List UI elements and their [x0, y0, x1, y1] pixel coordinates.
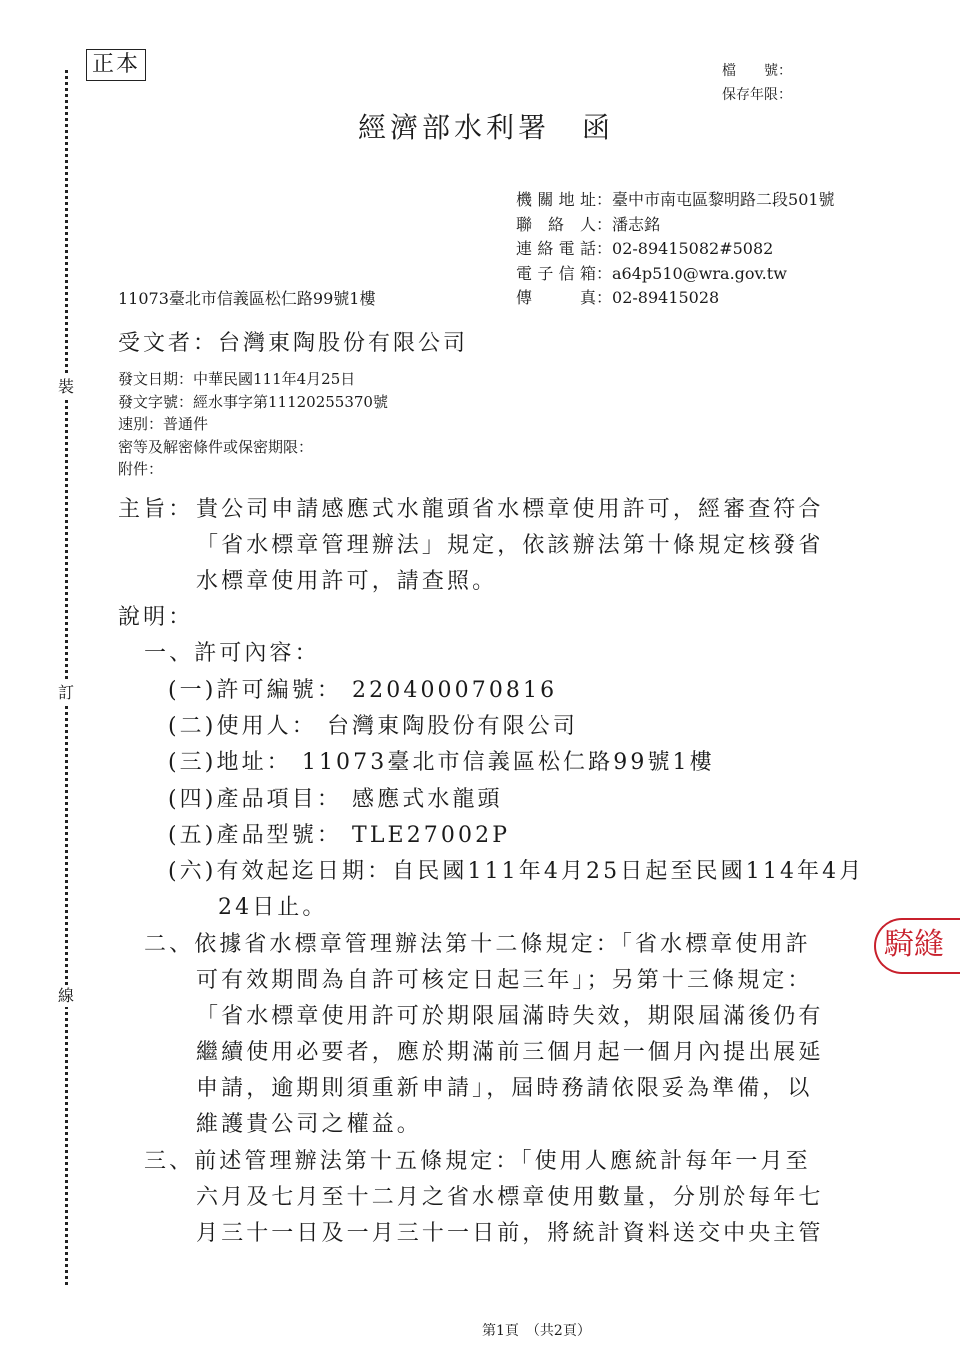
document-info: 發文日期：中華民國111年4月25日 發文字號：經水事字第11120255370… [118, 368, 388, 481]
page-number: 第1頁 （共2頁） [482, 1320, 591, 1340]
permit-number: (一)許可編號： 220400070816 [168, 673, 557, 709]
contact-row-email: 電子信箱：a64p510@wra.gov.tw [516, 262, 835, 287]
contact-label: 電子信箱 [516, 262, 596, 287]
binding-char-xian: 線 [58, 985, 74, 1007]
section3-line-3: 月三十一日及一月三十一日前，將統計資料送交中央主管 [196, 1216, 824, 1252]
validity-period-end: 24日止。 [218, 890, 328, 926]
document-title: 經濟部水利署 函 [358, 106, 614, 146]
issue-date: 發文日期：中華民國111年4月25日 [118, 368, 388, 391]
subject-line-3: 水標章使用許可，請查照。 [196, 564, 497, 600]
subject-line-1: 貴公司申請感應式水龍頭省水標章使用許可，經審查符合 [196, 492, 824, 528]
section2-line-5: 申請，逾期則須重新申請」，屆時務請依限妥為準備，以 [196, 1071, 813, 1107]
contact-label: 連絡電話 [516, 237, 596, 262]
permit-user: (二)使用人： 台灣東陶股份有限公司 [168, 709, 578, 745]
binding-char-ding: 訂 [58, 682, 74, 704]
file-number-label: 檔 號： [722, 60, 792, 83]
sender-contact-block: 機關地址：臺中市南屯區黎明路二段501號 聯絡人：潘志銘 連絡電話：02-894… [516, 188, 835, 311]
attachments: 附件： [118, 458, 388, 481]
validity-period: (六)有效起迄日期：自民國111年4月25日起至民國114年4月 [168, 854, 864, 890]
recipient: 受文者：台灣東陶股份有限公司 [118, 326, 468, 357]
contact-value: a64p510@wra.gov.tw [612, 262, 787, 287]
recipient-address: 11073臺北市信義區松仁路99號1樓 [118, 286, 375, 309]
subject-line-2: 「省水標章管理辦法」規定，依該辦法第十條規定核發省 [196, 528, 824, 564]
retention-period-label: 保存年限： [722, 84, 792, 107]
subject-label: 主旨： [118, 492, 193, 528]
copy-label-original: 正本 [86, 49, 146, 81]
contact-row-person: 聯絡人：潘志銘 [516, 213, 835, 238]
section2-line-3: 「省水標章使用許可於期限屆滿時失效，期限屆滿後仍有 [196, 999, 824, 1035]
product-item: (四)產品項目： 感應式水龍頭 [168, 782, 503, 818]
binding-margin-line [65, 70, 68, 1285]
product-model: (五)產品型號： TLE27002P [168, 818, 510, 854]
contact-value: 潘志銘 [612, 213, 660, 238]
contact-value: 02-89415082#5082 [612, 237, 773, 262]
binding-char-zhuang: 裝 [58, 376, 74, 398]
section2-line-6: 維護貴公司之權益。 [196, 1107, 422, 1143]
explanation-label: 說明： [118, 600, 193, 636]
seam-seal-stamp: 騎縫 [874, 918, 960, 974]
section1-heading: 一、許可內容： [144, 636, 320, 672]
section2-line-2: 可有效期間為自許可核定日起三年」；另第十三條規定： [196, 963, 813, 999]
contact-row-address: 機關地址：臺中市南屯區黎明路二段501號 [516, 188, 835, 213]
confidentiality: 密等及解密條件或保密期限： [118, 436, 388, 459]
document-number: 發文字號：經水事字第11120255370號 [118, 391, 388, 414]
section2-line-1: 二、依據省水標章管理辦法第十二條規定：「省水標章使用許 [144, 927, 811, 963]
contact-row-phone: 連絡電話：02-89415082#5082 [516, 237, 835, 262]
section2-line-4: 繼續使用必要者，應於期滿前三個月起一個月內提出展延 [196, 1035, 824, 1071]
section3-line-1: 三、前述管理辦法第十五條規定：「使用人應統計每年一月至 [144, 1144, 811, 1180]
urgency: 速別：普通件 [118, 413, 388, 436]
contact-label: 聯絡人 [516, 213, 596, 238]
permit-address: (三)地址： 11073臺北市信義區松仁路99號1樓 [168, 745, 715, 781]
contact-value: 02-89415028 [612, 286, 719, 311]
contact-value: 臺中市南屯區黎明路二段501號 [612, 188, 835, 213]
contact-label: 機關地址 [516, 188, 596, 213]
contact-row-fax: 傳真：02-89415028 [516, 286, 835, 311]
contact-label: 傳真 [516, 286, 596, 311]
section3-line-2: 六月及七月至十二月之省水標章使用數量，分別於每年七 [196, 1180, 824, 1216]
